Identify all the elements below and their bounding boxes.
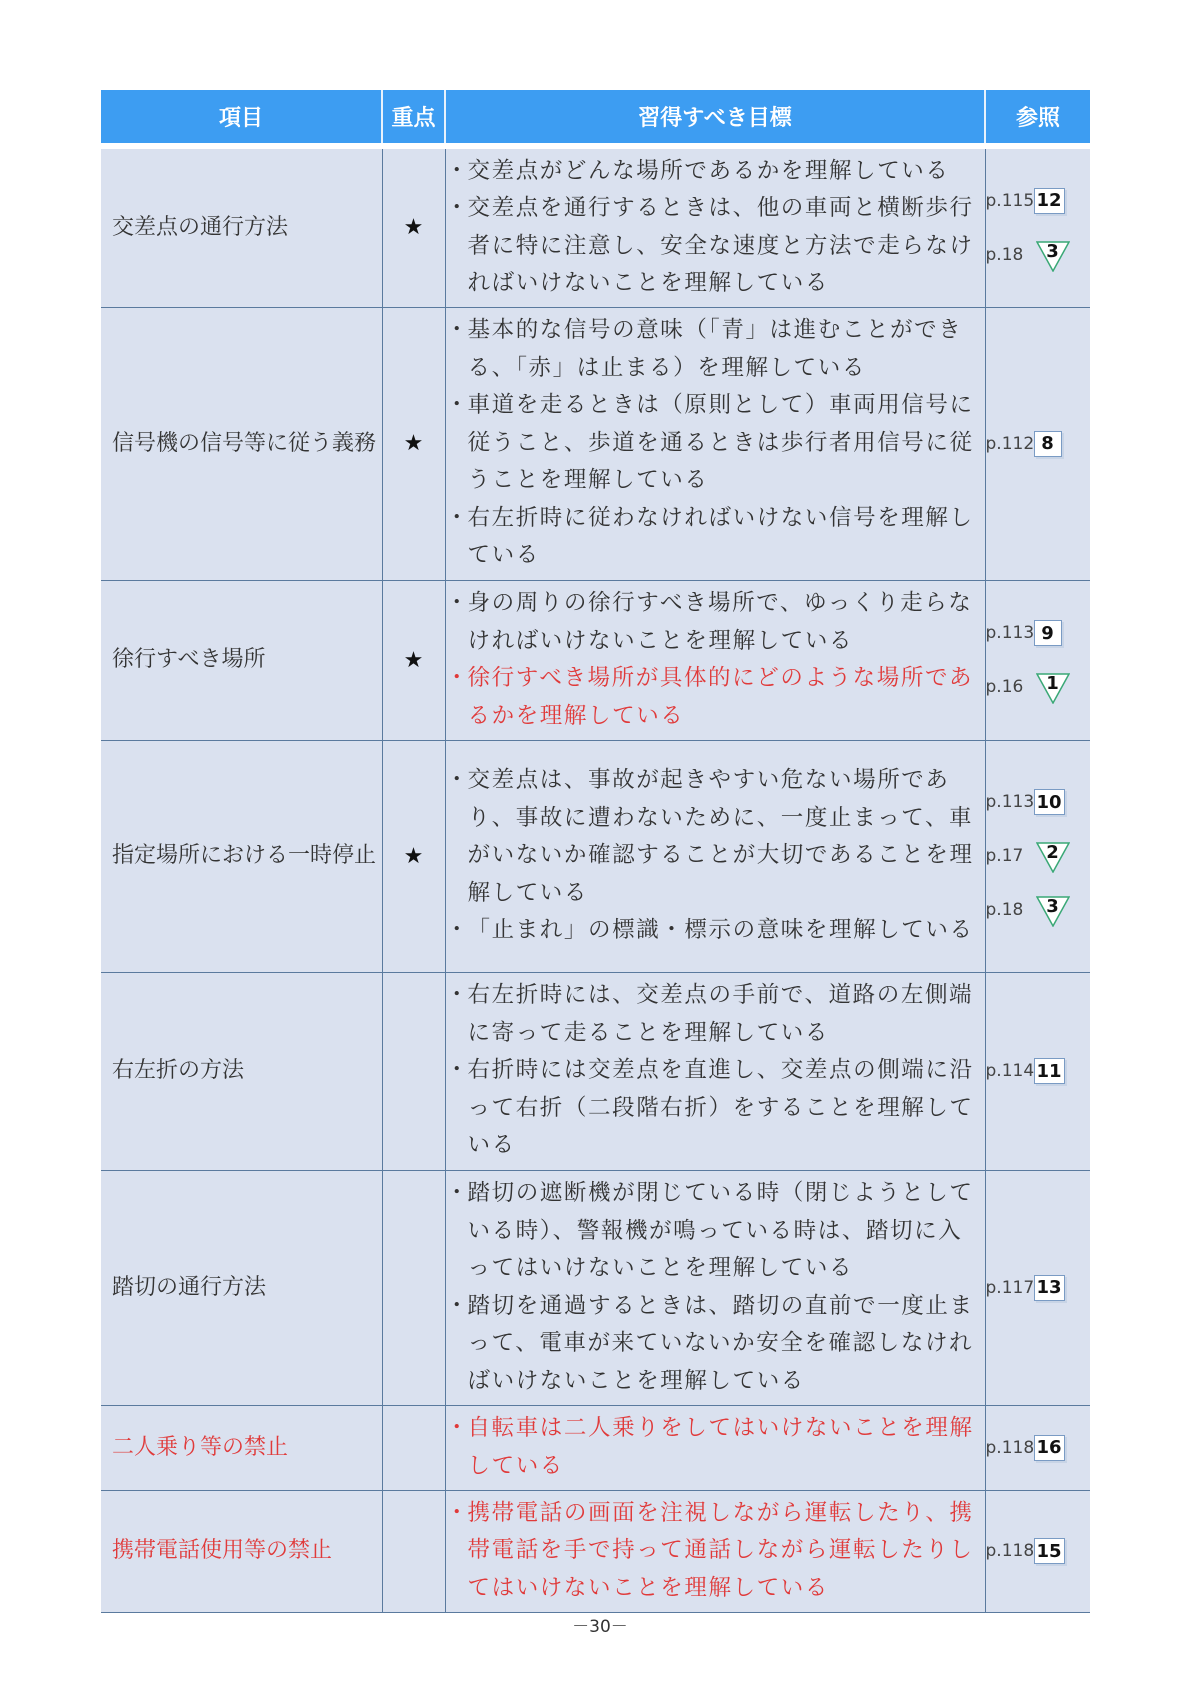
reference-item: p.11713	[986, 1261, 1091, 1315]
textbook-number-badge-icon: 16	[1034, 1435, 1065, 1461]
item-label: 二人乗り等の禁止	[101, 1431, 382, 1465]
reference-cell: p.11713	[985, 1170, 1090, 1405]
item-cell: 指定場所における一時停止	[101, 740, 382, 972]
reference-page: p.17	[986, 846, 1034, 866]
table-body: 交差点の通行方法★・交差点がどんな場所であるかを理解している・交差点を通行すると…	[101, 146, 1090, 1612]
goal-item: ・徐行すべき場所が具体的にどのような場所であるかを理解している	[446, 660, 985, 735]
bullet-icon: ・	[446, 1052, 468, 1165]
triangle-number-badge-icon: 3	[1036, 240, 1070, 270]
table-row: 指定場所における一時停止★・交差点は、事故が起きやすい危ない場所であり、事故に遭…	[101, 740, 1090, 972]
triangle-number-badge-icon: 3	[1036, 895, 1070, 925]
goal-text: 交差点を通行するときは、他の車両と横断歩行者に特に注意し、安全な速度と方法で走ら…	[468, 190, 985, 303]
reference-item: p.183	[986, 883, 1091, 937]
item-label: 徐行すべき場所	[101, 643, 382, 677]
textbook-number-badge-icon: 9	[1034, 620, 1062, 646]
textbook-number-badge-icon: 8	[1034, 431, 1062, 457]
textbook-number-badge-icon: 15	[1034, 1538, 1065, 1564]
bullet-icon: ・	[446, 1410, 468, 1485]
reference-item: p.11815	[986, 1524, 1091, 1578]
reference-item: p.183	[986, 228, 1091, 282]
reference-cell: p.11816	[985, 1405, 1090, 1490]
reference-page: p.18	[986, 900, 1034, 920]
item-cell: 踏切の通行方法	[101, 1170, 382, 1405]
item-cell: 二人乗り等の禁止	[101, 1405, 382, 1490]
reference-item: p.11310	[986, 775, 1091, 829]
priority-star-icon	[382, 1170, 445, 1405]
goal-text: 基本的な信号の意味（「青」は進むことができる、「赤」は止まる）を理解している	[468, 312, 985, 387]
goal-item: ・携帯電話の画面を注視しながら運転したり、携帯電話を手で持って通話しながら運転し…	[446, 1495, 985, 1608]
item-cell: 携帯電話使用等の禁止	[101, 1490, 382, 1612]
goals-cell: ・基本的な信号の意味（「青」は進むことができる、「赤」は止まる）を理解している・…	[445, 307, 985, 580]
priority-star-icon: ★	[382, 307, 445, 580]
textbook-number-badge-icon: 13	[1034, 1275, 1065, 1301]
bullet-icon: ・	[446, 762, 468, 912]
goal-text: 右折時には交差点を直進し、交差点の側端に沿って右折（二段階右折）をすることを理解…	[468, 1052, 985, 1165]
reference-cell: p.11310p.172p.183	[985, 740, 1090, 972]
goal-text: 「止まれ」の標識・標示の意味を理解している	[468, 912, 974, 950]
goal-item: ・交差点を通行するときは、他の車両と横断歩行者に特に注意し、安全な速度と方法で走…	[446, 190, 985, 303]
triangle-number: 3	[1036, 896, 1070, 917]
item-label: 交差点の通行方法	[101, 211, 382, 245]
table-row: 信号機の信号等に従う義務★・基本的な信号の意味（「青」は進むことができる、「赤」…	[101, 307, 1090, 580]
goal-text: 車道を走るときは（原則として）車両用信号に従うこと、歩道を通るときは歩行者用信号…	[468, 387, 985, 500]
goals-cell: ・踏切の遮断機が閉じている時（閉じようとしている時）、警報機が鳴っている時は、踏…	[445, 1170, 985, 1405]
triangle-number: 2	[1036, 842, 1070, 863]
goal-item: ・「止まれ」の標識・標示の意味を理解している	[446, 912, 985, 950]
item-cell: 交差点の通行方法	[101, 146, 382, 307]
header-reference: 参照	[985, 90, 1090, 146]
goal-text: 自転車は二人乗りをしてはいけないことを理解している	[468, 1410, 985, 1485]
goals-cell: ・携帯電話の画面を注視しながら運転したり、携帯電話を手で持って通話しながら運転し…	[445, 1490, 985, 1612]
table-row: 右左折の方法・右左折時には、交差点の手前で、道路の左側端に寄って走ることを理解し…	[101, 972, 1090, 1170]
reference-page: p.16	[986, 677, 1034, 697]
goal-item: ・踏切の遮断機が閉じている時（閉じようとしている時）、警報機が鳴っている時は、踏…	[446, 1175, 985, 1288]
goal-item: ・車道を走るときは（原則として）車両用信号に従うこと、歩道を通るときは歩行者用信…	[446, 387, 985, 500]
priority-star-icon: ★	[382, 740, 445, 972]
reference-page: p.113	[986, 792, 1034, 812]
table-row: 携帯電話使用等の禁止・携帯電話の画面を注視しながら運転したり、携帯電話を手で持っ…	[101, 1490, 1090, 1612]
goals-cell: ・身の周りの徐行すべき場所で、ゆっくり走らなければいけないことを理解している・徐…	[445, 580, 985, 740]
reference-item: p.11816	[986, 1421, 1091, 1475]
bullet-icon: ・	[446, 312, 468, 387]
reference-item: p.11411	[986, 1044, 1091, 1098]
goal-text: 右左折時に従わなければいけない信号を理解している	[468, 500, 985, 575]
bullet-icon: ・	[446, 387, 468, 500]
reference-cell: p.11512p.183	[985, 146, 1090, 307]
reference-page: p.117	[986, 1278, 1034, 1298]
item-label: 携帯電話使用等の禁止	[101, 1534, 382, 1568]
item-label: 指定場所における一時停止	[101, 839, 382, 873]
triangle-number-badge-icon: 1	[1036, 672, 1070, 702]
triangle-number-badge-icon: 2	[1036, 841, 1070, 871]
goal-text: 交差点は、事故が起きやすい危ない場所であり、事故に遭わないために、一度止まって、…	[468, 762, 985, 912]
textbook-number-badge-icon: 10	[1034, 789, 1065, 815]
bullet-icon: ・	[446, 153, 468, 191]
bullet-icon: ・	[446, 977, 468, 1052]
goal-item: ・右左折時に従わなければいけない信号を理解している	[446, 500, 985, 575]
goals-cell: ・交差点は、事故が起きやすい危ない場所であり、事故に遭わないために、一度止まって…	[445, 740, 985, 972]
triangle-number: 1	[1036, 673, 1070, 694]
goals-cell: ・右左折時には、交差点の手前で、道路の左側端に寄って走ることを理解している・右折…	[445, 972, 985, 1170]
reference-page: p.115	[986, 191, 1034, 211]
reference-item: p.11512	[986, 174, 1091, 228]
goal-item: ・右左折時には、交差点の手前で、道路の左側端に寄って走ることを理解している	[446, 977, 985, 1052]
header-goals: 習得すべき目標	[445, 90, 985, 146]
goals-cell: ・自転車は二人乗りをしてはいけないことを理解している	[445, 1405, 985, 1490]
goal-text: 踏切を通過するときは、踏切の直前で一度止まって、電車が来ていないか安全を確認しな…	[468, 1288, 985, 1401]
reference-page: p.118	[986, 1438, 1034, 1458]
goal-text: 徐行すべき場所が具体的にどのような場所であるかを理解している	[468, 660, 985, 735]
table-row: 二人乗り等の禁止・自転車は二人乗りをしてはいけないことを理解しているp.1181…	[101, 1405, 1090, 1490]
priority-star-icon	[382, 972, 445, 1170]
reference-cell: p.1128	[985, 307, 1090, 580]
reference-page: p.112	[986, 434, 1034, 454]
textbook-number-badge-icon: 12	[1034, 188, 1065, 214]
goal-item: ・基本的な信号の意味（「青」は進むことができる、「赤」は止まる）を理解している	[446, 312, 985, 387]
table-row: 徐行すべき場所★・身の周りの徐行すべき場所で、ゆっくり走らなければいけないことを…	[101, 580, 1090, 740]
header-priority: 重点	[382, 90, 445, 146]
goal-item: ・交差点がどんな場所であるかを理解している	[446, 153, 985, 191]
bullet-icon: ・	[446, 585, 468, 660]
goal-item: ・右折時には交差点を直進し、交差点の側端に沿って右折（二段階右折）をすることを理…	[446, 1052, 985, 1165]
bullet-icon: ・	[446, 1495, 468, 1608]
reference-cell: p.1139p.161	[985, 580, 1090, 740]
goal-text: 交差点がどんな場所であるかを理解している	[468, 153, 950, 191]
bullet-icon: ・	[446, 500, 468, 575]
header-item: 項目	[101, 90, 382, 146]
goal-item: ・踏切を通過するときは、踏切の直前で一度止まって、電車が来ていないか安全を確認し…	[446, 1288, 985, 1401]
reference-item: p.1128	[986, 417, 1091, 471]
reference-item: p.172	[986, 829, 1091, 883]
reference-page: p.113	[986, 623, 1034, 643]
table-row: 踏切の通行方法・踏切の遮断機が閉じている時（閉じようとしている時）、警報機が鳴っ…	[101, 1170, 1090, 1405]
item-cell: 徐行すべき場所	[101, 580, 382, 740]
priority-star-icon: ★	[382, 580, 445, 740]
item-cell: 右左折の方法	[101, 972, 382, 1170]
bullet-icon: ・	[446, 912, 468, 950]
goals-cell: ・交差点がどんな場所であるかを理解している・交差点を通行するときは、他の車両と横…	[445, 146, 985, 307]
reference-page: p.18	[986, 245, 1034, 265]
reference-page: p.118	[986, 1541, 1034, 1561]
reference-page: p.114	[986, 1061, 1034, 1081]
priority-star-icon	[382, 1490, 445, 1612]
reference-item: p.161	[986, 660, 1091, 714]
priority-star-icon	[382, 1405, 445, 1490]
table-row: 交差点の通行方法★・交差点がどんな場所であるかを理解している・交差点を通行すると…	[101, 146, 1090, 307]
goal-text: 右左折時には、交差点の手前で、道路の左側端に寄って走ることを理解している	[468, 977, 985, 1052]
goal-text: 携帯電話の画面を注視しながら運転したり、携帯電話を手で持って通話しながら運転した…	[468, 1495, 985, 1608]
goal-item: ・自転車は二人乗りをしてはいけないことを理解している	[446, 1410, 985, 1485]
priority-star-icon: ★	[382, 146, 445, 307]
bullet-icon: ・	[446, 190, 468, 303]
page-number: －30－	[0, 1612, 1200, 1637]
table-header-row: 項目 重点 習得すべき目標 参照	[101, 90, 1090, 146]
reference-cell: p.11815	[985, 1490, 1090, 1612]
item-label: 右左折の方法	[101, 1054, 382, 1088]
goal-text: 踏切の遮断機が閉じている時（閉じようとしている時）、警報機が鳴っている時は、踏切…	[468, 1175, 985, 1288]
bullet-icon: ・	[446, 1175, 468, 1288]
item-label: 信号機の信号等に従う義務	[101, 427, 382, 461]
triangle-number: 3	[1036, 241, 1070, 262]
goal-text: 身の周りの徐行すべき場所で、ゆっくり走らなければいけないことを理解している	[468, 585, 985, 660]
goal-item: ・交差点は、事故が起きやすい危ない場所であり、事故に遭わないために、一度止まって…	[446, 762, 985, 912]
bullet-icon: ・	[446, 1288, 468, 1401]
item-label: 踏切の通行方法	[101, 1271, 382, 1305]
reference-item: p.1139	[986, 606, 1091, 660]
goal-item: ・身の周りの徐行すべき場所で、ゆっくり走らなければいけないことを理解している	[446, 585, 985, 660]
textbook-number-badge-icon: 11	[1034, 1058, 1065, 1084]
item-cell: 信号機の信号等に従う義務	[101, 307, 382, 580]
learning-goals-table: 項目 重点 習得すべき目標 参照 交差点の通行方法★・交差点がどんな場所であるか…	[101, 90, 1090, 1613]
reference-cell: p.11411	[985, 972, 1090, 1170]
bullet-icon: ・	[446, 660, 468, 735]
